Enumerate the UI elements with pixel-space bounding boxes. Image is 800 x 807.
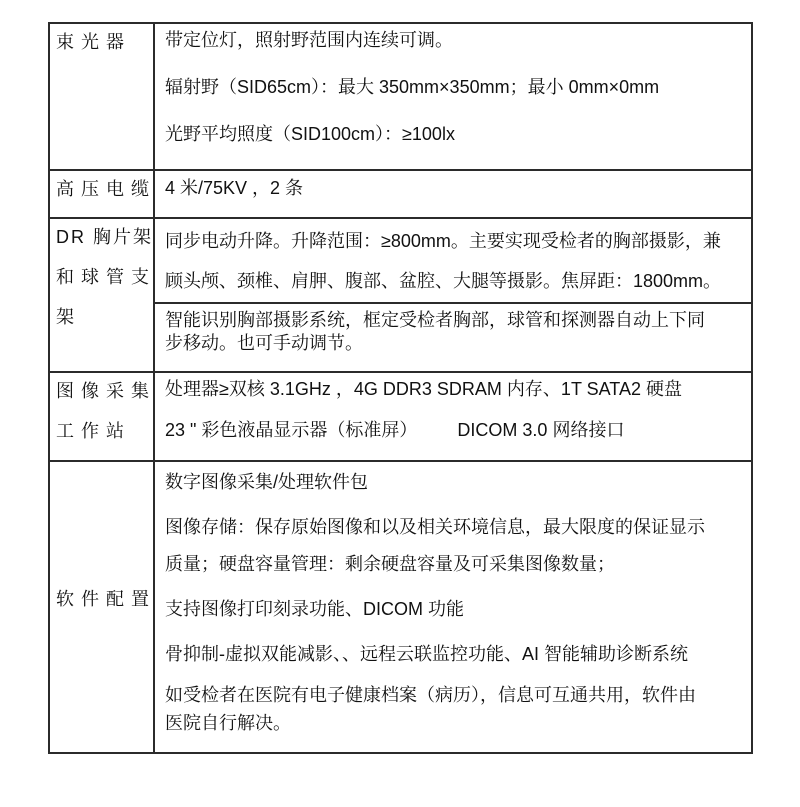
document-page: 束光器 带定位灯，照射野范围内连续可调。 辐射野（SID65cm）：最大 350… (0, 0, 800, 807)
label-line: 图像采集 (56, 379, 151, 403)
row-label-software-config: 软件配置 (49, 461, 154, 753)
label-line: 束光器 (56, 30, 151, 54)
row-dr-chest-stand-top: DR 胸片架 和球管支 架 同步电动升降。升降范围：≥800mm。主要实现受检者… (49, 218, 752, 303)
row-label-beam-limiter: 束光器 (49, 23, 154, 170)
spec-paragraph: 辐射野（SID65cm）：最大 350mm×350mm；最小 0mm×0mm (165, 75, 743, 99)
label-line: 工作站 (56, 419, 151, 443)
cell-dr-stand-lift-specs: 同步电动升降。升降范围：≥800mm。主要实现受检者的胸部摄影，兼 顾头颅、颈椎… (154, 218, 752, 303)
label-line: DR 胸片架 (56, 225, 151, 249)
cell-software-specs: 数字图像采集/处理软件包 图像存储：保存原始图像和以及相关环境信息，最大限度的保… (154, 461, 752, 753)
spec-table: 束光器 带定位灯，照射野范围内连续可调。 辐射野（SID65cm）：最大 350… (48, 22, 753, 754)
row-dr-chest-stand-bottom: 智能识别胸部摄影系统，框定受检者胸部，球管和探测器自动上下同 步移动。也可手动调… (49, 303, 752, 372)
spec-paragraph: 支持图像打印刻录功能、DICOM 功能 (165, 591, 743, 628)
spec-paragraph: 带定位灯，照射野范围内连续可调。 (165, 28, 743, 52)
cell-beam-limiter-specs: 带定位灯，照射野范围内连续可调。 辐射野（SID65cm）：最大 350mm×3… (154, 23, 752, 170)
spec-paragraph: 4 米/75KV ，2 条 (165, 176, 743, 200)
spec-paragraph: 图像存储：保存原始图像和以及相关环境信息，最大限度的保证显示 质量；硬盘容量管理… (165, 509, 743, 583)
spec-paragraph: 23 " 彩色液晶显示器（标准屏） DICOM 3.0 网络接口 (165, 418, 743, 442)
cell-workstation-specs: 处理器≥双核 3.1GHz ，4G DDR3 SDRAM 内存、1T SATA2… (154, 372, 752, 461)
spec-paragraph: 数字图像采集/处理软件包 (165, 464, 743, 501)
row-label-acquisition-workstation: 图像采集 工作站 (49, 372, 154, 461)
spec-paragraph: 骨抑制-虚拟双能减影、、远程云联监控功能、AI 智能辅助诊断系统 (165, 636, 743, 673)
row-beam-limiter: 束光器 带定位灯，照射野范围内连续可调。 辐射野（SID65cm）：最大 350… (49, 23, 752, 170)
spec-paragraph: 光野平均照度（SID100cm）：≥100lx (165, 122, 743, 146)
label-line: 软件配置 (56, 587, 151, 611)
row-acquisition-workstation: 图像采集 工作站 处理器≥双核 3.1GHz ，4G DDR3 SDRAM 内存… (49, 372, 752, 461)
row-software-config: 软件配置 数字图像采集/处理软件包 图像存储：保存原始图像和以及相关环境信息，最… (49, 461, 752, 753)
row-label-hv-cable: 高压电缆 (49, 170, 154, 218)
row-label-dr-chest-stand: DR 胸片架 和球管支 架 (49, 218, 154, 372)
label-line: 高压电缆 (56, 177, 151, 201)
label-line: 架 (56, 305, 151, 329)
spec-paragraph: 处理器≥双核 3.1GHz ，4G DDR3 SDRAM 内存、1T SATA2… (165, 377, 743, 401)
spec-paragraph: 同步电动升降。升降范围：≥800mm。主要实现受检者的胸部摄影，兼 顾头颅、颈椎… (165, 221, 743, 301)
spec-paragraph: 如受检者在医院有电子健康档案（病历），信息可互通共用，软件由 医院自行解决。 (165, 681, 743, 737)
cell-hv-cable-specs: 4 米/75KV ，2 条 (154, 170, 752, 218)
cell-dr-stand-tracking-specs: 智能识别胸部摄影系统，框定受检者胸部，球管和探测器自动上下同 步移动。也可手动调… (154, 303, 752, 372)
spec-paragraph: 智能识别胸部摄影系统，框定受检者胸部，球管和探测器自动上下同 步移动。也可手动调… (165, 309, 743, 355)
row-hv-cable: 高压电缆 4 米/75KV ，2 条 (49, 170, 752, 218)
label-line: 和球管支 (56, 265, 151, 289)
